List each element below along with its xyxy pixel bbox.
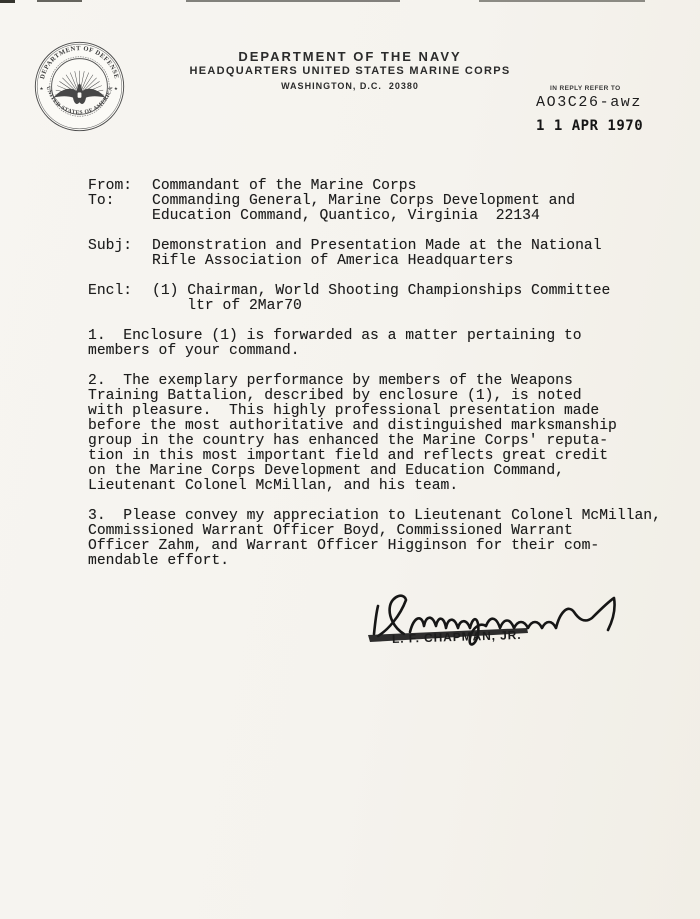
subject-label: Subj: [88, 239, 132, 254]
to-label: To: [88, 194, 114, 209]
scan-artifact [479, 0, 645, 2]
reply-code: AO3C26-awz [536, 94, 643, 111]
letter-page: DEPARTMENT OF DEFENSE UNITED STATES OF A… [0, 0, 700, 919]
paragraph-3: 3. Please convey my appreciation to Lieu… [88, 509, 692, 569]
enclosure-label: Encl: [88, 284, 132, 299]
reply-refer-block: IN REPLY REFER TO AO3C26-awz 1 1 APR 197… [536, 85, 643, 134]
letterhead-suborg: HEADQUARTERS UNITED STATES MARINE CORPS [0, 65, 700, 78]
scan-artifact [186, 0, 400, 2]
enclosure-line1: (1) Chairman, World Shooting Championshi… [152, 284, 692, 299]
enclosure-row: Encl: (1) Chairman, World Shooting Champ… [88, 284, 692, 314]
subject-line1: Demonstration and Presentation Made at t… [152, 239, 692, 254]
scan-artifact [37, 0, 82, 2]
date-stamp: 1 1 APR 1970 [536, 118, 643, 134]
paragraph-2: 2. The exemplary performance by members … [88, 374, 692, 494]
from-row: From: Commandant of the Marine Corps [88, 179, 692, 194]
letterhead-org: DEPARTMENT OF THE NAVY [0, 49, 700, 64]
to-value-line1: Commanding General, Marine Corps Develop… [152, 194, 692, 209]
subject-row: Subj: Demonstration and Presentation Mad… [88, 239, 692, 269]
subject-line2: Rifle Association of America Headquarter… [152, 254, 692, 269]
letter-body: From: Commandant of the Marine Corps To:… [88, 179, 692, 569]
to-row: To: Commanding General, Marine Corps Dev… [88, 194, 692, 224]
enclosure-line2: ltr of 2Mar70 [152, 299, 692, 314]
from-value: Commandant of the Marine Corps [152, 179, 692, 194]
paragraph-1: 1. Enclosure (1) is forwarded as a matte… [88, 329, 692, 359]
seal-shield [77, 92, 81, 98]
scan-artifact [0, 0, 15, 3]
to-value-line2: Education Command, Quantico, Virginia 22… [152, 209, 692, 224]
reply-refer-label: IN REPLY REFER TO [550, 85, 643, 92]
from-label: From: [88, 179, 132, 194]
